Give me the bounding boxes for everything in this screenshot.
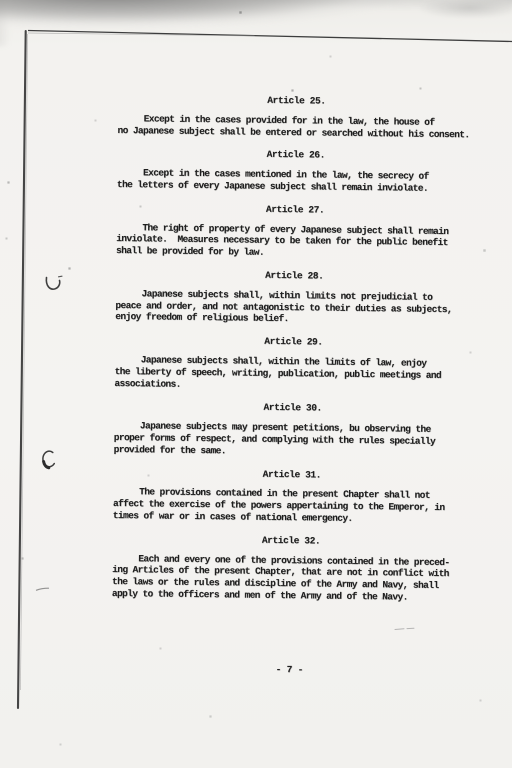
article-section-26: Article 26. Except in the cases mentione… (117, 147, 475, 195)
article-body: Japanese subjects shall, within limits n… (115, 288, 472, 328)
article-heading: Article 31. (113, 467, 470, 483)
page-edge-line-left-shadow (20, 34, 27, 690)
handwritten-mark-o (43, 451, 54, 467)
article-body: The right of property of every Japanese … (116, 222, 473, 262)
article-body: Each and every one of the provisions con… (112, 552, 470, 604)
article-section-29: Article 29. Japanese subjects shall, wit… (114, 334, 472, 394)
typewritten-text-block: Article 25. Except in the cases provided… (111, 93, 475, 678)
article-heading: Article 25. (118, 93, 475, 109)
article-section-25: Article 25. Except in the cases provided… (117, 93, 475, 141)
article-heading: Article 27. (117, 202, 474, 218)
article-section-27: Article 27. The right of property of eve… (116, 202, 474, 262)
article-body: Except in the cases mentioned in the law… (117, 167, 474, 195)
article-body: Except in the cases provided for in the … (117, 113, 474, 141)
pencil-dash-mark (37, 588, 49, 590)
article-section-31: Article 31. The provisions contained in … (113, 467, 471, 527)
article-heading: Article 29. (115, 334, 472, 350)
handwritten-mark-u-tick (59, 276, 63, 277)
page-edge-line-left (18, 31, 26, 708)
page-number: - 7 - (111, 662, 468, 678)
article-body: Japanese subjects shall, within the limi… (114, 354, 471, 394)
handwritten-mark-o-heavy (44, 462, 49, 468)
article-heading: Article 26. (117, 147, 474, 163)
scanner-smudge-top-right (400, 0, 512, 30)
article-section-32: Article 32. Each and every one of the pr… (112, 533, 470, 604)
handwritten-mark-u (46, 278, 59, 290)
article-body: Japanese subjects may present petitions,… (114, 420, 471, 460)
scanned-page: Article 25. Except in the cases provided… (0, 0, 512, 768)
article-section-30: Article 30. Japanese subjects may presen… (114, 400, 472, 460)
article-heading: Article 30. (114, 400, 471, 416)
article-section-28: Article 28. Japanese subjects shall, wit… (115, 268, 473, 328)
article-heading: Article 32. (112, 533, 469, 549)
article-heading: Article 28. (116, 268, 473, 284)
paper-specks (0, 0, 1, 1)
article-body: The provisions contained in the present … (113, 486, 470, 526)
